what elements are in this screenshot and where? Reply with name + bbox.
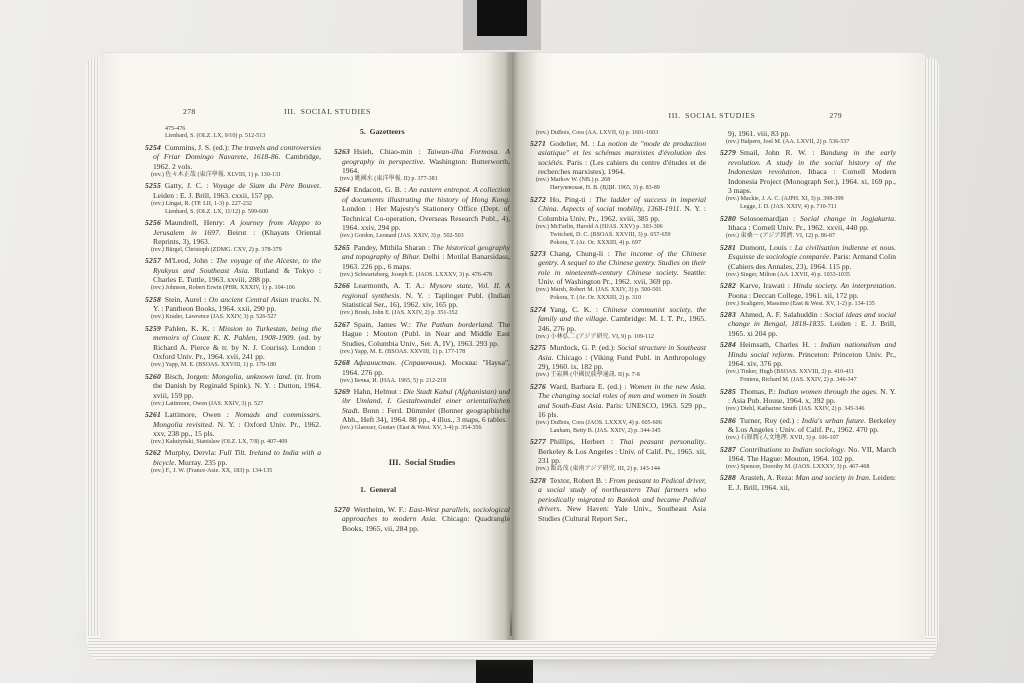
- review-line: (rev.) Kałużyński, Stanislaw (OLZ. LX, 7…: [151, 439, 321, 446]
- citation-text: Pahlen, K. K. :: [165, 324, 219, 333]
- entry-number: 5270: [334, 505, 350, 514]
- entry-number: 5286: [720, 416, 736, 425]
- work-title: Voyage de Siam du Père Bouvet: [213, 181, 320, 190]
- entry-number: 5271: [530, 139, 546, 148]
- bib-entry-5271: 5271 Godelier, M. : La notion de "mode d…: [530, 139, 706, 177]
- page-stack-edge-right: [923, 58, 939, 650]
- review-line: (rev.) 石原潤 (人文地理. XVII, 3) p. 106-107: [726, 435, 896, 442]
- review-line: (rev.) 東桑一 (アジア經濟. VI, 12) p. 86-87: [726, 233, 896, 240]
- bib-entry-5258: 5258 Stein, Aurel : On ancient Central A…: [145, 295, 321, 314]
- bib-entry-5278: 5278 Textor, Robert B. : From peasant to…: [530, 476, 706, 524]
- review-line: Legge, J. D. (JAS. XXIV, 4) p. 710-711: [736, 204, 896, 211]
- review-line: 475-476: [161, 126, 321, 133]
- entry-number: 5279: [720, 148, 736, 157]
- citation-text: Karve, Irawati :: [740, 281, 793, 290]
- review-line: (rev.) McFarlin, Harold A (HJAS. XXV) p.…: [536, 224, 706, 231]
- work-title: Social change in Jogjakarta: [800, 214, 894, 223]
- entry-number: 5288: [720, 473, 736, 482]
- entry-number: 5264: [334, 185, 350, 194]
- entry-number: 5282: [720, 281, 736, 290]
- review-line: Lanham, Betty B. (JAS. XXIV, 2) p. 344-3…: [546, 428, 706, 435]
- entry-number: 5276: [530, 382, 546, 391]
- bib-entry-5285: 5285 Thomas, P.: Indian women through th…: [720, 387, 896, 406]
- entry-number: 5281: [720, 243, 736, 252]
- entry-number: 5256: [145, 218, 161, 227]
- citation-text: Pandey, Mithila Sharan :: [354, 243, 433, 252]
- part-heading: III. Social Studies: [334, 457, 510, 467]
- review-line: (rev.) Бечка, И. (HAA. 1965, 5) p. 212-2…: [340, 378, 510, 385]
- bib-entry-5283: 5283 Ahmed, A. F. Salahuddin : Social id…: [720, 310, 896, 339]
- citation-text: Dumont, Louis :: [740, 243, 795, 252]
- left-running-head: III. SOCIAL STUDIES: [145, 107, 510, 116]
- bib-entry-5267: 5267 Spain, James W.: The Pathan borderl…: [334, 320, 510, 349]
- review-line: (rev.) Markov W. (NB.) p. 268: [536, 177, 706, 184]
- review-line: (rev.) Scaligero, Massimo (East & West. …: [726, 301, 896, 308]
- left-page-text-block: 475-476Lienhard, S. (OLZ. LX, 9/10) p. 5…: [145, 125, 510, 635]
- bib-entry-5268: 5268 Афганистан. (Справочник). Москва: "…: [334, 358, 510, 377]
- citation-text: Murdock, G. P. (ed.):: [550, 343, 618, 352]
- entry-number: 5254: [145, 143, 161, 152]
- citation-text: Hahn, Helmut :: [354, 387, 404, 396]
- review-line: (rev.) Schwartzberg, Joseph E. (JAOS. LX…: [340, 272, 510, 279]
- review-line: (rev.) 佐々木正哉 (東洋學報. XLVIII, 1) p. 130-13…: [151, 172, 321, 179]
- entry-number: 5257: [145, 256, 161, 265]
- entry-number: 5272: [530, 195, 546, 204]
- bib-entry-5259: 5259 Pahlen, K. K. : Mission to Turkesta…: [145, 324, 321, 362]
- right-page: III. SOCIAL STUDIES 279 (rev.) DuBois, C…: [512, 52, 925, 640]
- entry-number: 5268: [334, 358, 350, 367]
- entry-number: 5273: [530, 249, 546, 258]
- entry-number: 5258: [145, 295, 161, 304]
- entry-number: 5261: [145, 410, 161, 419]
- bib-entry-5257: 5257 M'Leod, John : The voyage of the Al…: [145, 256, 321, 285]
- citation-text: Lattimore, Owen :: [165, 410, 235, 419]
- entry-number: 5285: [720, 387, 736, 396]
- entry-number: 5277: [530, 437, 546, 446]
- review-line: (rev.) Lingat, R. (TP. LII, 1-3) p. 227-…: [151, 201, 321, 208]
- review-line: Pokora, T. (Ar. Or. XXXIII, 4) p. 697: [546, 240, 706, 247]
- entry-number: 5262: [145, 448, 161, 457]
- bib-entry-5260: 5260 Bisch, Jorgen: Mongolia, unknown la…: [145, 372, 321, 401]
- bib-entry-5274: 5274 Yang, C. K. : Chinese communist soc…: [530, 305, 706, 334]
- citation-text: Selosoemardjan :: [740, 214, 800, 223]
- citation-text: . Murray. 235 pp.: [175, 458, 228, 467]
- left-page-number: 278: [183, 107, 196, 116]
- citation-text: London : Her Majesty's Stationery Office…: [342, 204, 510, 232]
- review-line: Lienhard, S. (OLZ. LX, 9/10) p. 512-513: [161, 133, 321, 140]
- review-line: (rev.) Brush, John E. (JAS. XXIV, 2) p. …: [340, 310, 510, 317]
- review-line: (rev.) Marsh, Robert M. (JAS. XXIV, 3) p…: [536, 287, 706, 294]
- bib-entry-5280: 5280 Selosoemardjan : Social change in J…: [720, 214, 896, 233]
- review-line: (rev.) Glaesser, Gustav (East & West. XV…: [340, 425, 510, 432]
- entry-number: 5284: [720, 340, 736, 349]
- bib-entry-5286: 5286 Turner, Roy (ed.) : India's urban f…: [720, 416, 896, 435]
- work-title: Indian women through the ages: [778, 387, 876, 396]
- review-line: (rev.) 王崧興 (中國民族學通訊. II) p. 7-8: [536, 372, 706, 379]
- citation-text: Ward, Barbara E. (ed.) :: [550, 382, 630, 391]
- entry-number: 5269: [334, 387, 350, 396]
- review-line: (rev.) DuBois, Cora (JAOS. LXXXV, 4) p. …: [536, 420, 706, 427]
- bib-entry-5284: 5284 Heimsath, Charles H. : Indian natio…: [720, 340, 896, 369]
- entry-number: 5283: [720, 310, 736, 319]
- entry-number: 5263: [334, 147, 350, 156]
- bib-entry-5275: 5275 Murdock, G. P. (ed.): Social struct…: [530, 343, 706, 372]
- work-title: The Pathan borderland: [416, 320, 492, 329]
- citation-text: Endacott, G. B. :: [354, 185, 409, 194]
- citation-text: Thomas, P.:: [740, 387, 778, 396]
- bib-entry-5287: 5287 Contributions to Indian sociology. …: [720, 445, 896, 464]
- entry-number: 5278: [530, 476, 546, 485]
- bib-entry-5264: 5264 Endacott, G. B. : An eastern entrep…: [334, 185, 510, 233]
- entry-number: 5275: [530, 343, 546, 352]
- citation-text: . Bonn : Ferd. Dümmler (Bonner geographi…: [342, 406, 510, 425]
- review-line: (rev.) Bürgel, Christoph (ZDMG. CXV, 2) …: [151, 247, 321, 254]
- citation-text: Heimsath, Charles H. :: [740, 340, 821, 349]
- review-line: (rev.) 姚國水 (東洋學報. II) p. 377-381: [340, 176, 510, 183]
- bib-entry-5254: 5254 Cummins, J. S. (ed.): The travels a…: [145, 143, 321, 172]
- citation-text: Arasteh, A. Reza:: [740, 473, 796, 482]
- entry-number: 5266: [334, 281, 350, 290]
- bib-entry-5272: 5272 Ho, Ping-ti : The ladder of success…: [530, 195, 706, 224]
- work-title: Thai peasant personality: [620, 437, 705, 446]
- citation-text: Smail, John R. W. :: [740, 148, 820, 157]
- citation-text: Ho, Ping-ti :: [550, 195, 595, 204]
- citation-text: M'Leod, John :: [165, 256, 216, 265]
- work-title: India's urban future: [802, 416, 864, 425]
- review-line: (rev.) Spencer, Dorothy M. (JAOS. LXXXV,…: [726, 464, 896, 471]
- citation-text: . Paris : (Les cahiers du centre d'étude…: [538, 158, 706, 177]
- citation-text: Godelier, M. :: [550, 139, 597, 148]
- entry-number: 5287: [720, 445, 736, 454]
- work-title: On ancient Central Asian tracks: [209, 295, 309, 304]
- review-line: Twitchett, D. C. (BSOAS. XXVIII, 3) p. 6…: [546, 232, 706, 239]
- work-title: Mongolia, unknown land: [212, 372, 290, 381]
- cradle-strip-top: [477, 0, 527, 36]
- bib-entry-5269: 5269 Hahn, Helmut : Die Stadt Kabul (Afg…: [334, 387, 510, 425]
- review-line: (rev.) Yapp, M. E. (BSOAS. XXVIII, 1) p.…: [340, 349, 510, 356]
- work-title: Contributions to Indian sociology: [740, 445, 844, 454]
- bib-entry-5256: 5256 Maundrell, Henry: A journey from Al…: [145, 218, 321, 247]
- entry-number: 5260: [145, 372, 161, 381]
- review-line: (rev.) DuBois, Cora (AA. LXVII, 6) p. 16…: [536, 130, 706, 137]
- entry-number: 5255: [145, 181, 161, 190]
- right-page-column-2: 9), 1961. viii, 83 pp.(rev.) Halpern, Jo…: [720, 129, 896, 639]
- citation-text: Wertheim, W. F.:: [354, 505, 409, 514]
- bib-entry-5266: 5266 Learmonth, A. T. A.: Mysore state, …: [334, 281, 510, 310]
- review-line: (rev.) Diehl, Katharine Smith (JAS. XXIV…: [726, 406, 896, 413]
- citation-text: Phillips, Herbert :: [550, 437, 620, 446]
- citation-text: . New Haven: Yale Univ., Southeast Asia …: [538, 504, 706, 523]
- citation-text: Stein, Aurel :: [165, 295, 209, 304]
- review-line: (rev.) F., J. W. (France-Asie. XX, 183) …: [151, 468, 321, 475]
- entry-number: 5259: [145, 324, 161, 333]
- bib-entry-5262: 5262 Murphy, Dervla: Full Tilt. Ireland …: [145, 448, 321, 467]
- citation-text: Hsieh, Chiao-min :: [354, 147, 427, 156]
- review-line: Пигулевская, Н. В. (ВДИ. 1965, 3) p. 83-…: [546, 185, 706, 192]
- citation-continuation: 9), 1961. viii, 83 pp.: [720, 129, 896, 139]
- right-page-number: 279: [829, 111, 842, 120]
- entry-number: 5274: [530, 305, 546, 314]
- citation-text: Maundrell, Henry:: [165, 218, 230, 227]
- right-page-header: III. SOCIAL STUDIES 279: [530, 111, 894, 120]
- work-title: Hindu society. An interpretation: [793, 281, 894, 290]
- citation-text: Yang, C. K. :: [550, 305, 603, 314]
- right-page-column-1: (rev.) DuBois, Cora (AA. LXVII, 6) p. 16…: [530, 129, 706, 639]
- left-page-column-1: 475-476Lienhard, S. (OLZ. LX, 9/10) p. 5…: [145, 125, 321, 635]
- review-line: (rev.) Lattimore, Owen (JAS. XXIV, 3) p.…: [151, 401, 321, 408]
- book-photo-scene: 278 III. SOCIAL STUDIES 475-476Lienhard,…: [0, 0, 1024, 683]
- citation-text: Learmonth, A. T. A.:: [354, 281, 430, 290]
- left-page-column-2: 5. Gazetteers5263 Hsieh, Chiao-min : Tai…: [334, 125, 510, 635]
- bib-entry-5270: 5270 Wertheim, W. F.: East-West parallel…: [334, 505, 510, 534]
- citation-text: Spain, James W.:: [354, 320, 416, 329]
- work-title: Афганистан. (Справочник): [354, 358, 445, 367]
- work-title: Man and society in Iran: [796, 473, 869, 482]
- citation-text: Chang, Chung-li :: [550, 249, 615, 258]
- citation-text: Murphy, Dervla:: [165, 448, 219, 457]
- citation-text: Gatty, J. C. :: [165, 181, 213, 190]
- right-page-text-block: (rev.) DuBois, Cora (AA. LXVII, 6) p. 16…: [530, 129, 896, 639]
- review-line: (rev.) Halpern, Joel M. (AA. LXVII, 2) p…: [726, 139, 896, 146]
- bib-entry-5261: 5261 Lattimore, Owen : Nomads and commis…: [145, 410, 321, 439]
- bib-entry-5265: 5265 Pandey, Mithila Sharan : The histor…: [334, 243, 510, 272]
- left-page: 278 III. SOCIAL STUDIES 475-476Lienhard,…: [100, 52, 510, 640]
- review-line: (rev.) Yapp, M. E. (BSOAS. XXVIII, 1) p.…: [151, 362, 321, 369]
- review-line: Fontera, Richard M. (JAS. XXIV, 2) p. 34…: [736, 377, 896, 384]
- review-line: (rev.) 飯島茂 (東南アジア研究. III, 2) p. 143-144: [536, 466, 706, 473]
- review-line: (rev.) Krader, Lawrence (JAS. XXIV, 3) p…: [151, 314, 321, 321]
- bib-entry-5281: 5281 Dumont, Louis : La civilisation ind…: [720, 243, 896, 272]
- bib-entry-5288: 5288 Arasteh, A. Reza: Man and society i…: [720, 473, 896, 492]
- citation-text: Cummins, J. S. (ed.):: [165, 143, 231, 152]
- citation-text: Turner, Roy (ed.) :: [740, 416, 802, 425]
- bib-entry-5263: 5263 Hsieh, Chiao-min : Taiwan-ilha Form…: [334, 147, 510, 176]
- entry-number: 5280: [720, 214, 736, 223]
- section-heading: 1. General: [334, 485, 510, 494]
- review-line: (rev.) Mackie, J. A. C. (AJPH. XI, 3) p.…: [726, 196, 896, 203]
- section-heading: 5. Gazetteers: [334, 127, 510, 136]
- bib-entry-5255: 5255 Gatty, J. C. : Voyage de Siam du Pè…: [145, 181, 321, 200]
- review-line: (rev.) Gordon, Leonard (JAS. XXIV, 3) p.…: [340, 233, 510, 240]
- citation-text: Bisch, Jorgen:: [165, 372, 212, 381]
- citation-text: Ahmed, A. F. Salahuddin :: [740, 310, 825, 319]
- left-page-header: 278 III. SOCIAL STUDIES: [145, 107, 510, 116]
- review-line: (rev.) 小林弘二 (アジア研究. VI, 9) p. 109-112: [536, 334, 706, 341]
- review-line: (rev.) Tinker, Hugh (BSOAS. XXVIII, 2) p…: [726, 369, 896, 376]
- review-line: (rev.) Johnson, Robert Erwin (PHR. XXXIV…: [151, 285, 321, 292]
- bib-entry-5277: 5277 Phillips, Herbert : Thai peasant pe…: [530, 437, 706, 466]
- bib-entry-5276: 5276 Ward, Barbara E. (ed.) : Women in t…: [530, 382, 706, 420]
- citation-text: Textor, Robert B. :: [550, 476, 609, 485]
- bib-entry-5279: 5279 Smail, John R. W. : Bandung in the …: [720, 148, 896, 196]
- review-line: Lienhard, S. (OLZ. LX, 11/12) p. 599-600: [161, 209, 321, 216]
- bib-entry-5273: 5273 Chang, Chung-li : The income of the…: [530, 249, 706, 287]
- citation-text: . Chicago : (Viking Fund Publ. in Anthro…: [538, 353, 706, 372]
- review-line: Pokora, T. (Ar. Or. XXXIII, 2) p. 310: [546, 295, 706, 302]
- bib-entry-5282: 5282 Karve, Irawati : Hindu society. An …: [720, 281, 896, 300]
- review-line: (rev.) Singer, Milton (AA. LXVII, 4) p. …: [726, 272, 896, 279]
- entry-number: 5265: [334, 243, 350, 252]
- entry-number: 5267: [334, 320, 350, 329]
